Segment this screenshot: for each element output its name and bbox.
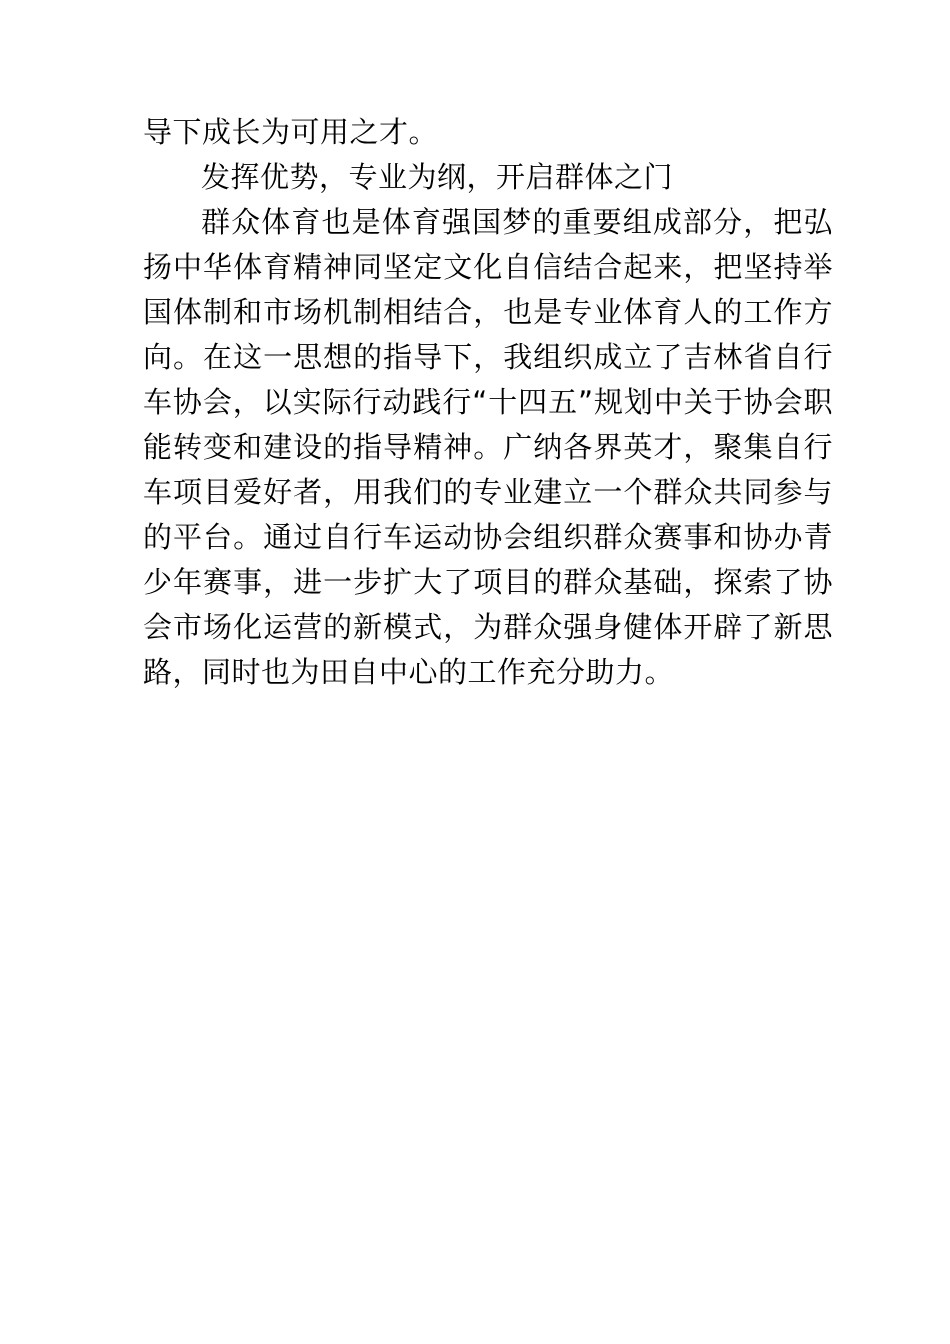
paragraph-body: 群众体育也是体育强国梦的重要组成部分，把弘扬中华体育精神同坚定文化自信结合起来，… [143,200,833,695]
paragraph-continuation: 导下成长为可用之才。 [143,110,833,155]
document-page: 导下成长为可用之才。 发挥优势，专业为纲，开启群体之门 群众体育也是体育强国梦的… [0,0,950,1344]
section-heading: 发挥优势，专业为纲，开启群体之门 [143,155,833,200]
